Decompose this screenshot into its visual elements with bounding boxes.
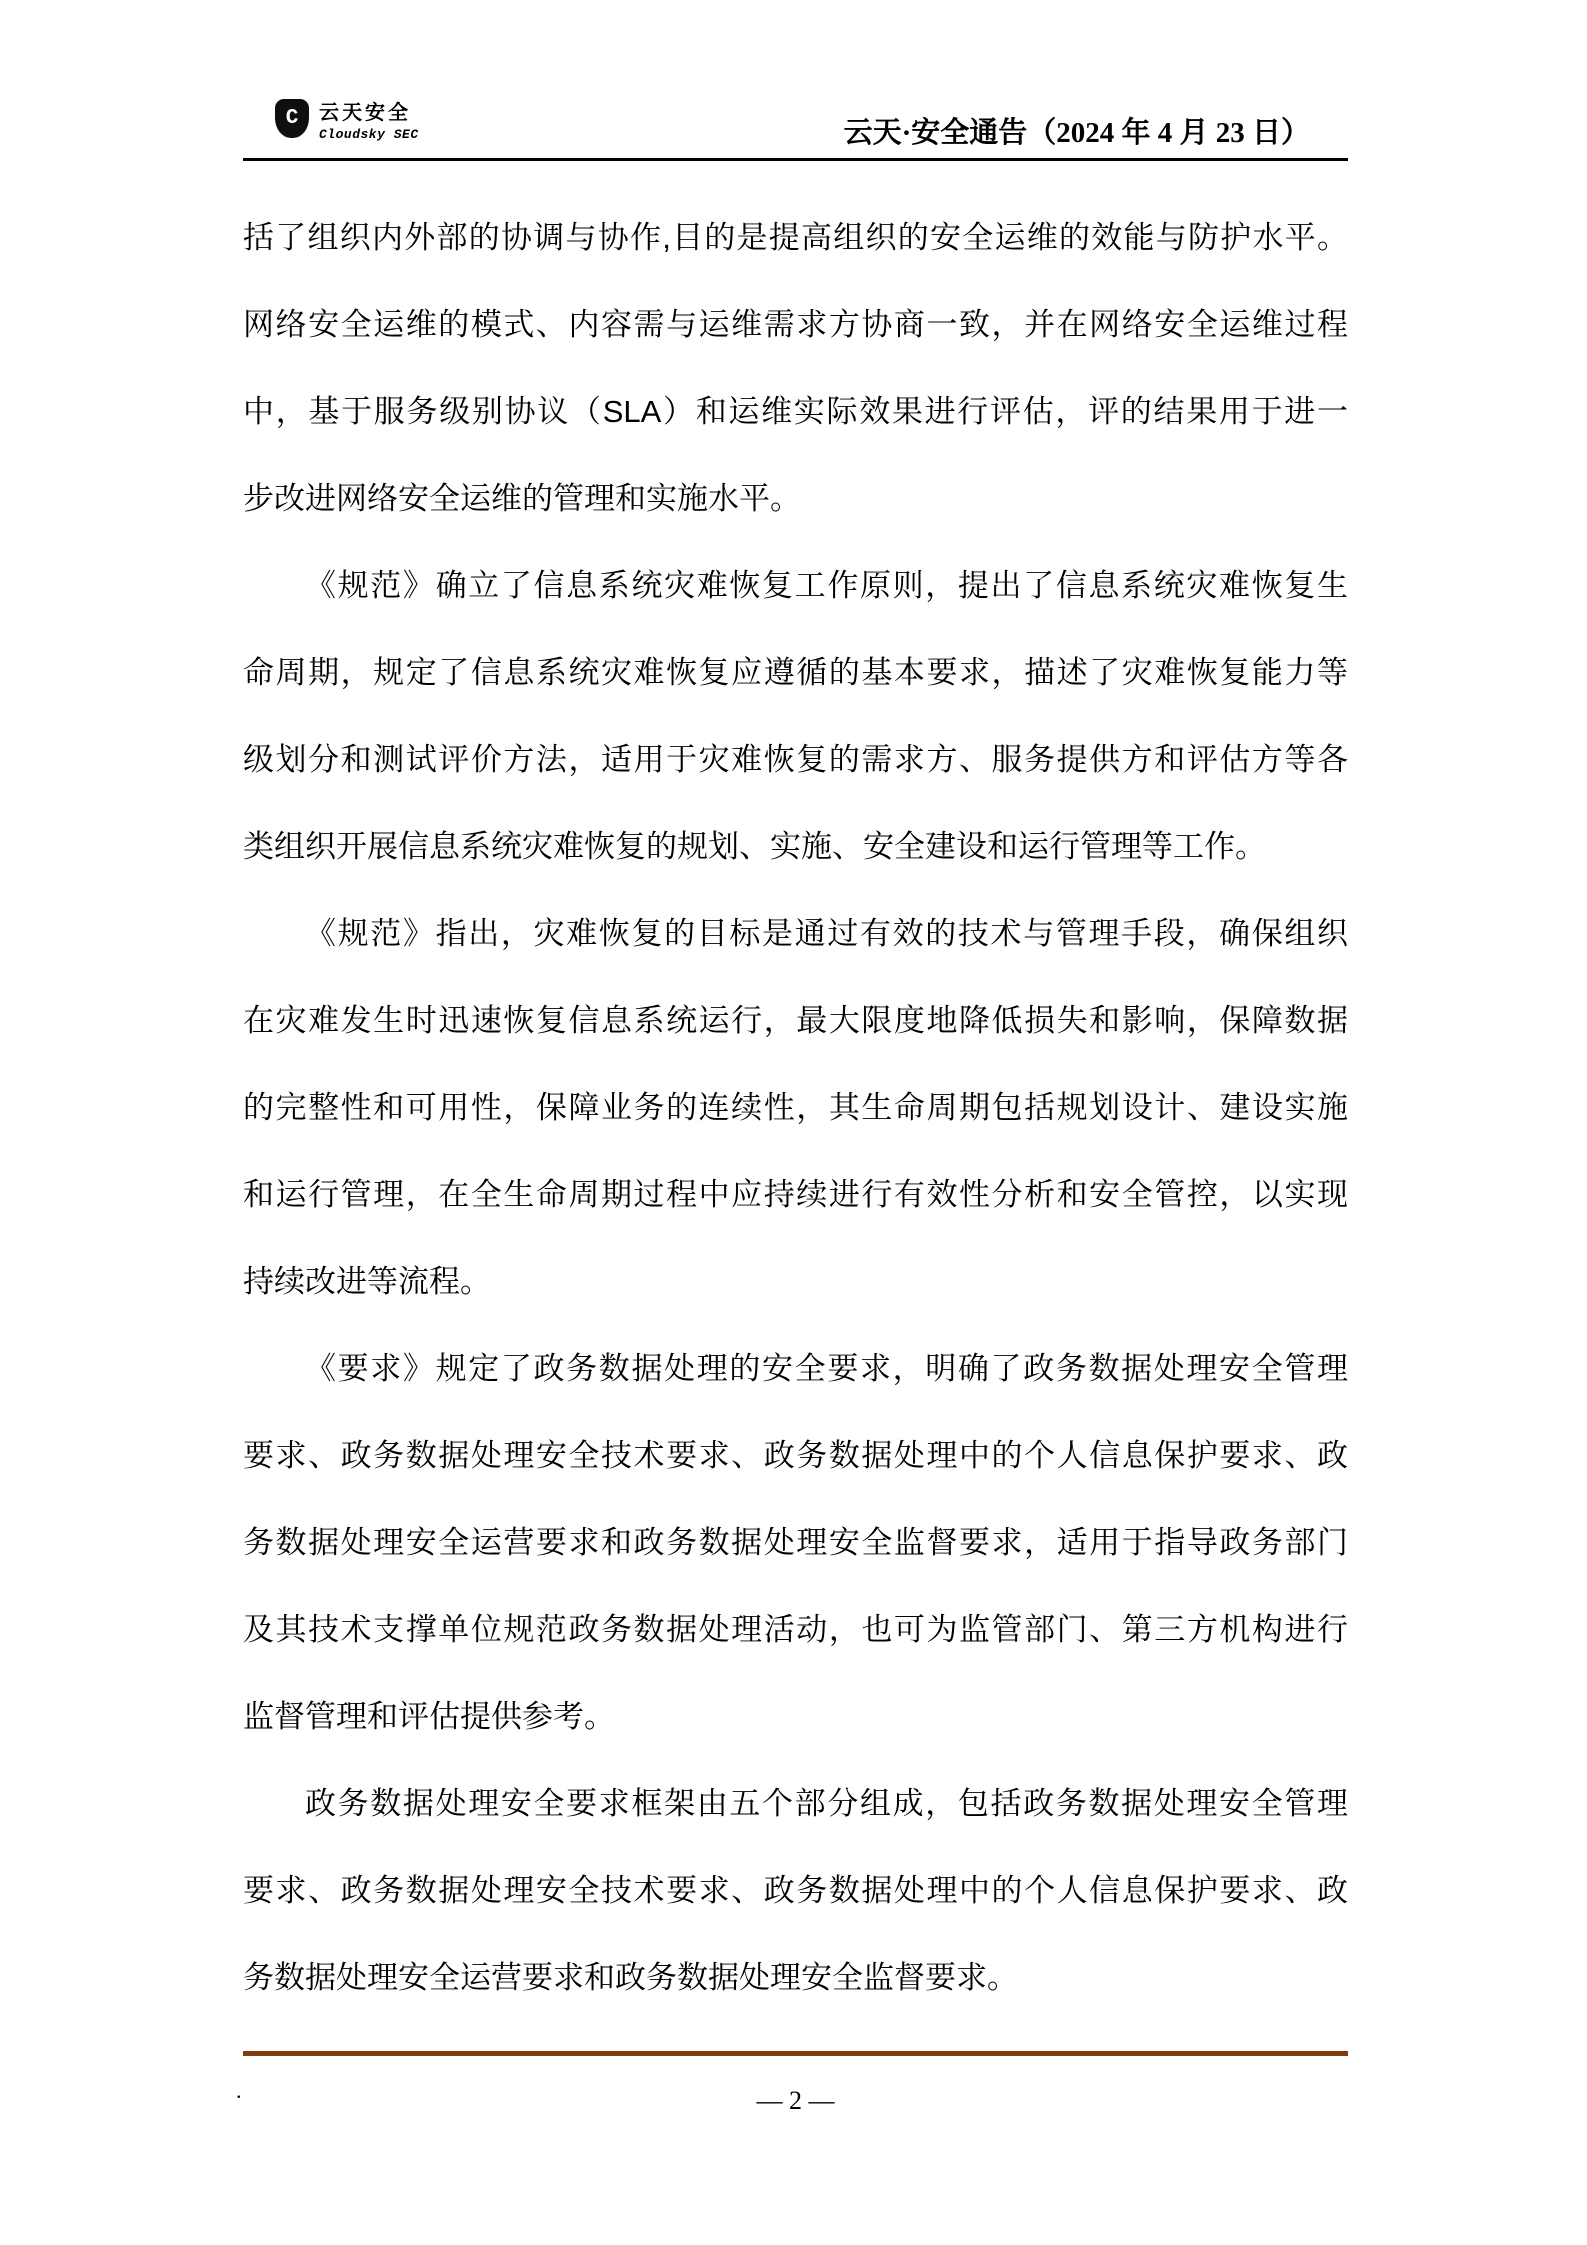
logo-icon-letter: C	[286, 108, 299, 129]
bulletin-header-title: 云天·安全通告（2024 年 4 月 23 日）	[844, 116, 1310, 150]
body-line: 持续改进等流程。	[243, 1238, 1348, 1325]
body-line: 步改进网络安全运维的管理和实施水平。	[243, 455, 1348, 542]
cloudsky-logo: C 云天安全 Cloudsky SEC	[275, 99, 419, 141]
body-text: 括了组织内外部的协调与协作,目的是提高组织的安全运维的效能与防护水平。网络安全运…	[243, 194, 1348, 2021]
body-line: 和运行管理，在全生命周期过程中应持续进行有效性分析和安全管控，以实现	[243, 1151, 1348, 1238]
body-line: 命周期，规定了信息系统灾难恢复应遵循的基本要求，描述了灾难恢复能力等	[243, 629, 1348, 716]
body-line: 括了组织内外部的协调与协作,目的是提高组织的安全运维的效能与防护水平。	[243, 194, 1348, 281]
body-line: 及其技术支撑单位规范政务数据处理活动，也可为监管部门、第三方机构进行	[243, 1586, 1348, 1673]
body-line: 在灾难发生时迅速恢复信息系统运行，最大限度地降低损失和影响，保障数据	[243, 977, 1348, 1064]
header-divider	[243, 158, 1348, 161]
body-line: 的完整性和可用性，保障业务的连续性，其生命周期包括规划设计、建设实施	[243, 1064, 1348, 1151]
body-line: 监督管理和评估提供参考。	[243, 1673, 1348, 1760]
body-line: 要求、政务数据处理安全技术要求、政务数据处理中的个人信息保护要求、政	[243, 1412, 1348, 1499]
shield-c-logo-icon: C	[275, 99, 309, 138]
page-number: — 2 —	[243, 2086, 1348, 2116]
body-line: 中，基于服务级别协议（SLA）和运维实际效果进行评估，评的结果用于进一	[243, 368, 1348, 455]
body-line: 要求、政务数据处理安全技术要求、政务数据处理中的个人信息保护要求、政	[243, 1847, 1348, 1934]
logo-name-en: Cloudsky SEC	[319, 128, 419, 141]
body-line: 类组织开展信息系统灾难恢复的规划、实施、安全建设和运行管理等工作。	[243, 803, 1348, 890]
logo-text: 云天安全 Cloudsky SEC	[319, 99, 419, 141]
body-line: 网络安全运维的模式、内容需与运维需求方协商一致，并在网络安全运维过程	[243, 281, 1348, 368]
body-line: 政务数据处理安全要求框架由五个部分组成，包括政务数据处理安全管理	[243, 1760, 1348, 1847]
body-line: 务数据处理安全运营要求和政务数据处理安全监督要求。	[243, 1934, 1348, 2021]
body-line: 《要求》规定了政务数据处理的安全要求，明确了政务数据处理安全管理	[243, 1325, 1348, 1412]
footer-divider	[243, 2051, 1348, 2056]
body-line: 《规范》指出，灾难恢复的目标是通过有效的技术与管理手段，确保组织	[243, 890, 1348, 977]
logo-name-cn: 云天安全	[319, 103, 419, 123]
body-line: 务数据处理安全运营要求和政务数据处理安全监督要求，适用于指导政务部门	[243, 1499, 1348, 1586]
stray-mark: .	[236, 2078, 242, 2104]
body-line: 《规范》确立了信息系统灾难恢复工作原则，提出了信息系统灾难恢复生	[243, 542, 1348, 629]
document-page: C 云天安全 Cloudsky SEC 云天·安全通告（2024 年 4 月 2…	[0, 0, 1587, 2245]
body-line: 级划分和测试评价方法，适用于灾难恢复的需求方、服务提供方和评估方等各	[243, 716, 1348, 803]
